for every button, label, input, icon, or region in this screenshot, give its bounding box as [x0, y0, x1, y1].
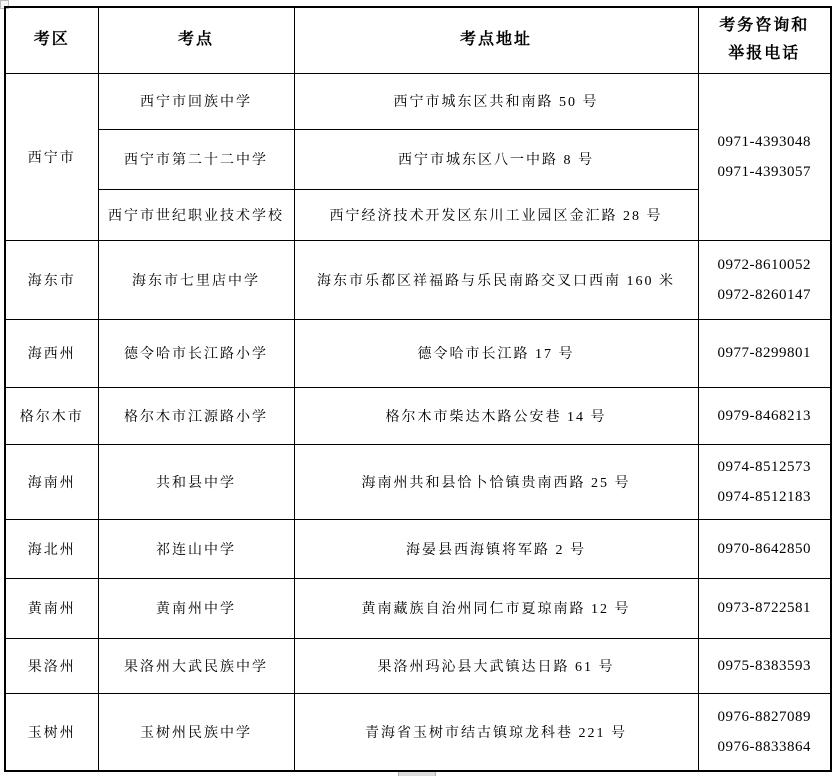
header-phone: 考务咨询和 举报电话 — [698, 7, 831, 73]
bottom-handle-artifact — [398, 772, 436, 776]
address-cell: 德令哈市长江路 17 号 — [294, 319, 698, 387]
region-cell: 玉树州 — [5, 693, 98, 771]
site-cell: 祁连山中学 — [98, 519, 294, 578]
address-cell: 海东市乐都区祥福路与乐民南路交叉口西南 160 米 — [294, 240, 698, 319]
phone-number: 0971-4393048 — [703, 127, 827, 157]
table-row: 海北州 祁连山中学 海晏县西海镇将军路 2 号 0970-8642850 — [5, 519, 831, 578]
phone-cell: 0973-8722581 — [698, 578, 831, 638]
header-phone-line2: 举报电话 — [703, 40, 827, 68]
address-cell: 海南州共和县恰卜恰镇贵南西路 25 号 — [294, 444, 698, 519]
phone-number: 0975-8383593 — [703, 651, 827, 681]
document-page: 考区 考点 考点地址 考务咨询和 举报电话 西宁市 西宁市回族中学 西宁市城东区… — [0, 0, 833, 780]
table-row: 海西州 德令哈市长江路小学 德令哈市长江路 17 号 0977-8299801 — [5, 319, 831, 387]
site-cell: 玉树州民族中学 — [98, 693, 294, 771]
region-cell: 海南州 — [5, 444, 98, 519]
address-cell: 西宁市城东区八一中路 8 号 — [294, 129, 698, 189]
region-cell: 海北州 — [5, 519, 98, 578]
table-row: 果洛州 果洛州大武民族中学 果洛州玛沁县大武镇达日路 61 号 0975-838… — [5, 638, 831, 693]
address-cell: 青海省玉树市结古镇琼龙科巷 221 号 — [294, 693, 698, 771]
phone-number: 0973-8722581 — [703, 593, 827, 623]
site-cell: 果洛州大武民族中学 — [98, 638, 294, 693]
site-cell: 德令哈市长江路小学 — [98, 319, 294, 387]
phone-number: 0977-8299801 — [703, 338, 827, 368]
phone-cell: 0976-8827089 0976-8833864 — [698, 693, 831, 771]
address-cell: 黄南藏族自治州同仁市夏琼南路 12 号 — [294, 578, 698, 638]
site-cell: 海东市七里店中学 — [98, 240, 294, 319]
phone-number: 0971-4393057 — [703, 157, 827, 187]
phone-number: 0979-8468213 — [703, 401, 827, 431]
region-cell: 西宁市 — [5, 73, 98, 240]
phone-cell: 0975-8383593 — [698, 638, 831, 693]
phone-cell: 0970-8642850 — [698, 519, 831, 578]
phone-number: 0974-8512183 — [703, 482, 827, 512]
address-cell: 西宁经济技术开发区东川工业园区金汇路 28 号 — [294, 189, 698, 240]
address-cell: 西宁市城东区共和南路 50 号 — [294, 73, 698, 129]
phone-number: 0976-8833864 — [703, 732, 827, 762]
table-row: 玉树州 玉树州民族中学 青海省玉树市结古镇琼龙科巷 221 号 0976-882… — [5, 693, 831, 771]
phone-number: 0972-8610052 — [703, 250, 827, 280]
header-phone-line1: 考务咨询和 — [703, 12, 827, 40]
header-row: 考区 考点 考点地址 考务咨询和 举报电话 — [5, 7, 831, 73]
phone-cell: 0971-4393048 0971-4393057 — [698, 73, 831, 240]
region-cell: 海东市 — [5, 240, 98, 319]
site-cell: 共和县中学 — [98, 444, 294, 519]
phone-number: 0972-8260147 — [703, 280, 827, 310]
region-cell: 格尔木市 — [5, 387, 98, 444]
address-cell: 格尔木市柴达木路公安巷 14 号 — [294, 387, 698, 444]
phone-number: 0976-8827089 — [703, 702, 827, 732]
header-region: 考区 — [5, 7, 98, 73]
site-cell: 西宁市回族中学 — [98, 73, 294, 129]
phone-number: 0974-8512573 — [703, 452, 827, 482]
address-cell: 海晏县西海镇将军路 2 号 — [294, 519, 698, 578]
site-cell: 西宁市第二十二中学 — [98, 129, 294, 189]
site-cell: 黄南州中学 — [98, 578, 294, 638]
region-cell: 果洛州 — [5, 638, 98, 693]
address-cell: 果洛州玛沁县大武镇达日路 61 号 — [294, 638, 698, 693]
table-row: 格尔木市 格尔木市江源路小学 格尔木市柴达木路公安巷 14 号 0979-846… — [5, 387, 831, 444]
region-cell: 黄南州 — [5, 578, 98, 638]
header-site: 考点 — [98, 7, 294, 73]
site-cell: 西宁市世纪职业技术学校 — [98, 189, 294, 240]
exam-sites-table: 考区 考点 考点地址 考务咨询和 举报电话 西宁市 西宁市回族中学 西宁市城东区… — [4, 6, 832, 772]
table-row: 海南州 共和县中学 海南州共和县恰卜恰镇贵南西路 25 号 0974-85125… — [5, 444, 831, 519]
site-cell: 格尔木市江源路小学 — [98, 387, 294, 444]
table-row: 海东市 海东市七里店中学 海东市乐都区祥福路与乐民南路交叉口西南 160 米 0… — [5, 240, 831, 319]
phone-cell: 0977-8299801 — [698, 319, 831, 387]
header-address: 考点地址 — [294, 7, 698, 73]
phone-cell: 0974-8512573 0974-8512183 — [698, 444, 831, 519]
phone-cell: 0972-8610052 0972-8260147 — [698, 240, 831, 319]
table-row: 西宁市 西宁市回族中学 西宁市城东区共和南路 50 号 0971-4393048… — [5, 73, 831, 129]
region-cell: 海西州 — [5, 319, 98, 387]
table-row: 黄南州 黄南州中学 黄南藏族自治州同仁市夏琼南路 12 号 0973-87225… — [5, 578, 831, 638]
phone-number: 0970-8642850 — [703, 534, 827, 564]
phone-cell: 0979-8468213 — [698, 387, 831, 444]
